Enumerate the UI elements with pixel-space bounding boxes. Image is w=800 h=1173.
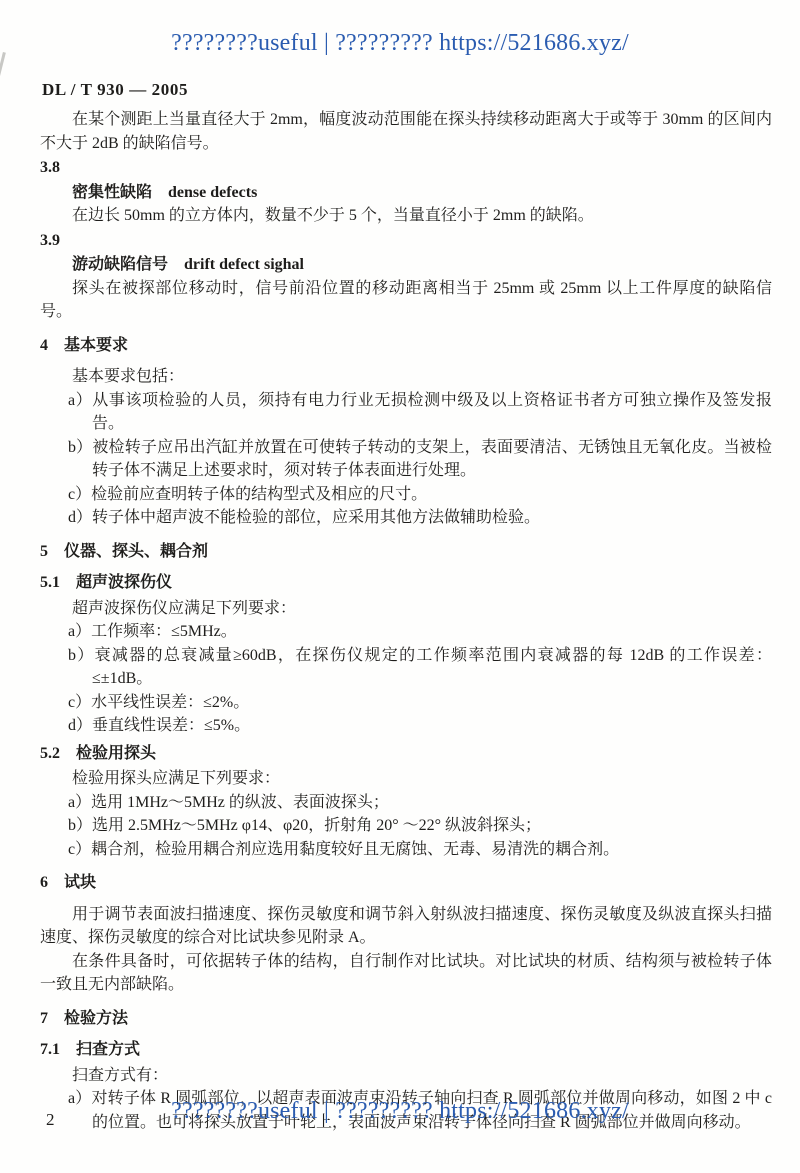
subsection-heading: 5.2 检验用探头 [40, 742, 772, 766]
section-heading: 6 试块 [40, 871, 772, 895]
document-body: 在某个测距上当量直径大于 2mm，幅度波动范围能在探头持续移动距离大于或等于 3… [40, 108, 772, 1134]
list-item: b）选用 2.5MHz～5MHz φ14、φ20，折射角 20° ～22° 纵波… [40, 814, 772, 838]
paragraph: 在边长 50mm 的立方体内，数量不少于 5 个，当量直径小于 2mm 的缺陷。 [40, 204, 772, 228]
list-item: a）工作频率：≤5MHz。 [40, 620, 772, 644]
list-item: b）衰减器的总衰减量≥60dB，在探伤仪规定的工作频率范围内衰减器的每 12dB… [40, 644, 772, 691]
list-item: a）从事该项检验的人员，须持有电力行业无损检测中级及以上资格证书者方可独立操作及… [40, 389, 772, 436]
document-page: ????????useful | ????????? https://52168… [0, 0, 800, 1173]
paragraph: 在某个测距上当量直径大于 2mm，幅度波动范围能在探头持续移动距离大于或等于 3… [40, 108, 772, 155]
list-item: c）检验前应查明转子体的结构型式及相应的尺寸。 [40, 483, 772, 507]
page-number: 2 [46, 1110, 55, 1130]
list-item: b）被检转子应吊出汽缸并放置在可使转子转动的支架上，表面要清洁、无锈蚀且无氧化皮… [40, 436, 772, 483]
paragraph: 扫查方式有： [40, 1064, 772, 1088]
term-definition: 游动缺陷信号 drift defect sighal [40, 253, 772, 277]
paragraph: 检验用探头应满足下列要求： [40, 767, 772, 791]
scan-artifact [0, 52, 6, 76]
paragraph: 基本要求包括： [40, 365, 772, 389]
section-heading: 7 检验方法 [40, 1007, 772, 1031]
subsection-heading: 7.1 扫查方式 [40, 1038, 772, 1062]
list-item: a）对转子体 R 圆弧部位，以超声表面波声束沿转子轴向扫查 R 圆弧部位并做周向… [40, 1087, 772, 1134]
paragraph: 在条件具备时，可依据转子体的结构，自行制作对比试块。对比试块的材质、结构须与被检… [40, 950, 772, 997]
paragraph: 用于调节表面波扫描速度、探伤灵敏度和调节斜入射纵波扫描速度、探伤灵敏度及纵波直探… [40, 903, 772, 950]
list-item: d）垂直线性误差：≤5%。 [40, 714, 772, 738]
paragraph: 探头在被探部位移动时，信号前沿位置的移动距离相当于 25mm 或 25mm 以上… [40, 277, 772, 324]
list-item: c）水平线性误差：≤2%。 [40, 691, 772, 715]
list-item: a）选用 1MHz～5MHz 的纵波、表面波探头； [40, 791, 772, 815]
list-item: d）转子体中超声波不能检验的部位，应采用其他方法做辅助检验。 [40, 506, 772, 530]
clause-number: 3.8 [40, 156, 772, 180]
section-heading: 5 仪器、探头、耦合剂 [40, 540, 772, 564]
clause-number: 3.9 [40, 229, 772, 253]
subsection-heading: 5.1 超声波探伤仪 [40, 571, 772, 595]
section-heading: 4 基本要求 [40, 334, 772, 358]
watermark-top: ????????useful | ????????? https://52168… [0, 30, 800, 57]
doc-number: DL / T 930 — 2005 [42, 80, 188, 100]
paragraph: 超声波探伤仪应满足下列要求： [40, 597, 772, 621]
list-item: c）耦合剂，检验用耦合剂应选用黏度较好且无腐蚀、无毒、易清洗的耦合剂。 [40, 838, 772, 862]
term-definition: 密集性缺陷 dense defects [40, 181, 772, 205]
